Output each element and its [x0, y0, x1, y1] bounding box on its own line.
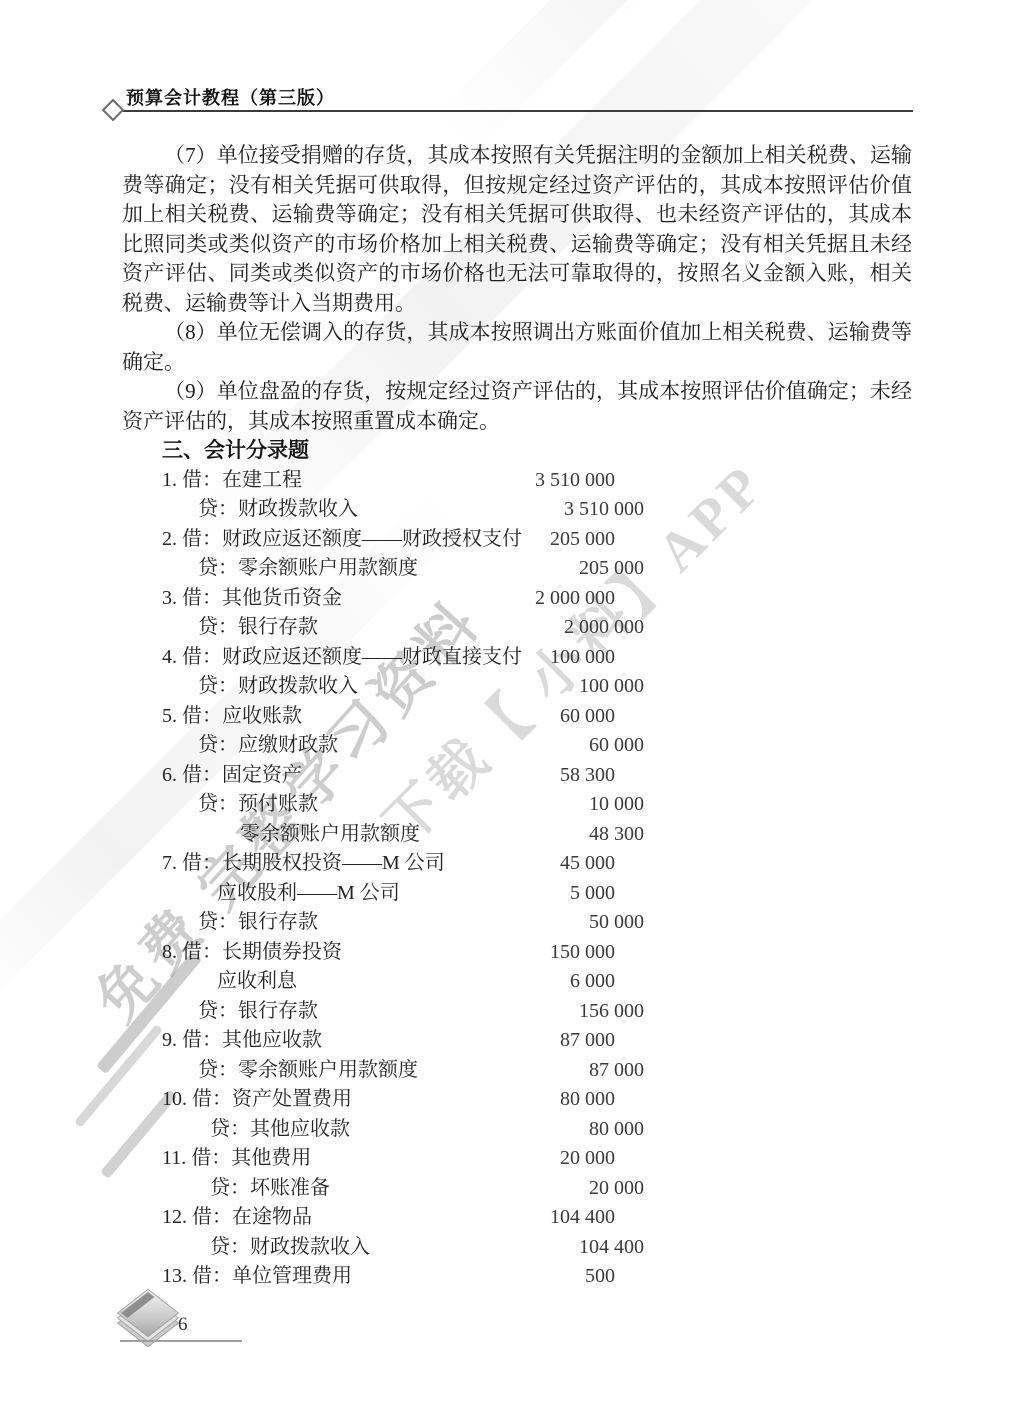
account-text: 6. 借：固定资产 [162, 761, 302, 791]
journal-line: 贷：银行存款2 000 000 [122, 613, 912, 643]
journal-line: 5. 借：应收账款60 000 [122, 702, 912, 732]
account-text: 5. 借：应收账款 [162, 702, 302, 732]
diamond-icon [102, 99, 125, 122]
journal-line: 6. 借：固定资产58 300 [122, 761, 912, 791]
credit-amount: 100 000 [579, 672, 644, 702]
account-text: 2. 借：财政应返还额度——财政授权支付 [162, 525, 522, 555]
debit-amount: 6 000 [570, 967, 615, 997]
journal-line: 零余额账户用款额度48 300 [122, 820, 912, 850]
journal-line: 11. 借：其他费用20 000 [122, 1144, 912, 1174]
account-text: 贷：银行存款 [198, 997, 318, 1027]
account-text: 贷：零余额账户用款额度 [198, 1056, 418, 1086]
header-title: 预算会计教程（第三版） [126, 84, 335, 110]
journal-line: 贷：预付账款10 000 [122, 790, 912, 820]
journal-line: 10. 借：资产处置费用80 000 [122, 1085, 912, 1115]
account-text: 13. 借：单位管理费用 [162, 1262, 352, 1292]
account-text: 贷：财政拨款收入 [210, 1233, 370, 1263]
paragraph-7: （7）单位接受捐赠的存货，其成本按照有关凭据注明的金额加上相关税费、运输费等确定… [122, 141, 912, 318]
journal-line: 贷：应缴财政款60 000 [122, 731, 912, 761]
page-number: 6 [178, 1314, 188, 1336]
debit-amount: 104 400 [550, 1203, 615, 1233]
credit-amount: 48 300 [589, 820, 644, 850]
journal-line: 应收利息6 000 [122, 967, 912, 997]
journal-line: 贷：零余额账户用款额度205 000 [122, 554, 912, 584]
journal-line: 贷：银行存款50 000 [122, 908, 912, 938]
journal-lines: 1. 借：在建工程3 510 000贷：财政拨款收入3 510 0002. 借：… [122, 466, 912, 1292]
book-stack-icon [118, 1291, 180, 1343]
account-text: 贷：财政拨款收入 [198, 495, 358, 525]
journal-line: 8. 借：长期债券投资150 000 [122, 938, 912, 968]
account-text: 贷：坏账准备 [210, 1174, 330, 1204]
account-text: 贷：预付账款 [198, 790, 318, 820]
account-text: 12. 借：在途物品 [162, 1203, 312, 1233]
journal-line: 贷：坏账准备20 000 [122, 1174, 912, 1204]
debit-amount: 45 000 [560, 849, 615, 879]
credit-amount: 10 000 [589, 790, 644, 820]
credit-amount: 60 000 [589, 731, 644, 761]
footer-rule [120, 1340, 242, 1342]
debit-amount: 60 000 [560, 702, 615, 732]
debit-amount: 3 510 000 [535, 466, 615, 496]
paragraph-8: （8）单位无偿调入的存货，其成本按照调出方账面价值加上相关税费、运输费等确定。 [122, 318, 912, 377]
content: （7）单位接受捐赠的存货，其成本按照有关凭据注明的金额加上相关税费、运输费等确定… [122, 141, 912, 1292]
account-text: 贷：零余额账户用款额度 [198, 554, 418, 584]
debit-amount: 150 000 [550, 938, 615, 968]
account-text: 零余额账户用款额度 [240, 820, 420, 850]
journal-line: 7. 借：长期股权投资——M 公司45 000 [122, 849, 912, 879]
credit-amount: 50 000 [589, 908, 644, 938]
debit-amount: 5 000 [570, 879, 615, 909]
credit-amount: 205 000 [579, 554, 644, 584]
debit-amount: 205 000 [550, 525, 615, 555]
account-text: 贷：财政拨款收入 [198, 672, 358, 702]
journal-line: 9. 借：其他应收款87 000 [122, 1026, 912, 1056]
debit-amount: 500 [585, 1262, 615, 1292]
journal-line: 1. 借：在建工程3 510 000 [122, 466, 912, 496]
credit-amount: 87 000 [589, 1056, 644, 1086]
account-text: 贷：银行存款 [198, 613, 318, 643]
credit-amount: 104 400 [579, 1233, 644, 1263]
debit-amount: 58 300 [560, 761, 615, 791]
credit-amount: 2 000 000 [564, 613, 644, 643]
debit-amount: 80 000 [560, 1085, 615, 1115]
page: 免费 完整学习资料 下载【 小料】APP 预算会计教程（第三版） （7）单位接受… [0, 0, 1015, 1414]
journal-line: 12. 借：在途物品104 400 [122, 1203, 912, 1233]
section-heading: 三、会计分录题 [122, 436, 912, 466]
account-text: 应收利息 [217, 967, 297, 997]
account-text: 贷：其他应收款 [210, 1115, 350, 1145]
debit-amount: 87 000 [560, 1026, 615, 1056]
account-text: 3. 借：其他货币资金 [162, 584, 342, 614]
debit-amount: 20 000 [560, 1144, 615, 1174]
account-text: 9. 借：其他应收款 [162, 1026, 322, 1056]
account-text: 贷：应缴财政款 [198, 731, 338, 761]
account-text: 应收股利——M 公司 [217, 879, 400, 909]
journal-line: 贷：零余额账户用款额度87 000 [122, 1056, 912, 1086]
credit-amount: 3 510 000 [564, 495, 644, 525]
journal-line: 4. 借：财政应返还额度——财政直接支付100 000 [122, 643, 912, 673]
debit-amount: 2 000 000 [535, 584, 615, 614]
journal-line: 应收股利——M 公司5 000 [122, 879, 912, 909]
debit-amount: 100 000 [550, 643, 615, 673]
account-text: 4. 借：财政应返还额度——财政直接支付 [162, 643, 522, 673]
credit-amount: 20 000 [589, 1174, 644, 1204]
brush-streak [560, 0, 1015, 24]
journal-line: 贷：财政拨款收入104 400 [122, 1233, 912, 1263]
header-rule [111, 110, 913, 112]
account-text: 7. 借：长期股权投资——M 公司 [162, 849, 445, 879]
journal-line: 贷：财政拨款收入100 000 [122, 672, 912, 702]
journal-line: 13. 借：单位管理费用500 [122, 1262, 912, 1292]
account-text: 贷：银行存款 [198, 908, 318, 938]
journal-line: 贷：其他应收款80 000 [122, 1115, 912, 1145]
credit-amount: 156 000 [579, 997, 644, 1027]
account-text: 11. 借：其他费用 [162, 1144, 311, 1174]
paragraph-9: （9）单位盘盈的存货，按规定经过资产评估的，其成本按照评估价值确定；未经资产评估… [122, 377, 912, 436]
account-text: 8. 借：长期债券投资 [162, 938, 342, 968]
account-text: 10. 借：资产处置费用 [162, 1085, 352, 1115]
journal-line: 贷：财政拨款收入3 510 000 [122, 495, 912, 525]
journal-line: 2. 借：财政应返还额度——财政授权支付205 000 [122, 525, 912, 555]
credit-amount: 80 000 [589, 1115, 644, 1145]
journal-line: 3. 借：其他货币资金2 000 000 [122, 584, 912, 614]
journal-line: 贷：银行存款156 000 [122, 997, 912, 1027]
account-text: 1. 借：在建工程 [162, 466, 302, 496]
brush-streak [430, 0, 1015, 159]
